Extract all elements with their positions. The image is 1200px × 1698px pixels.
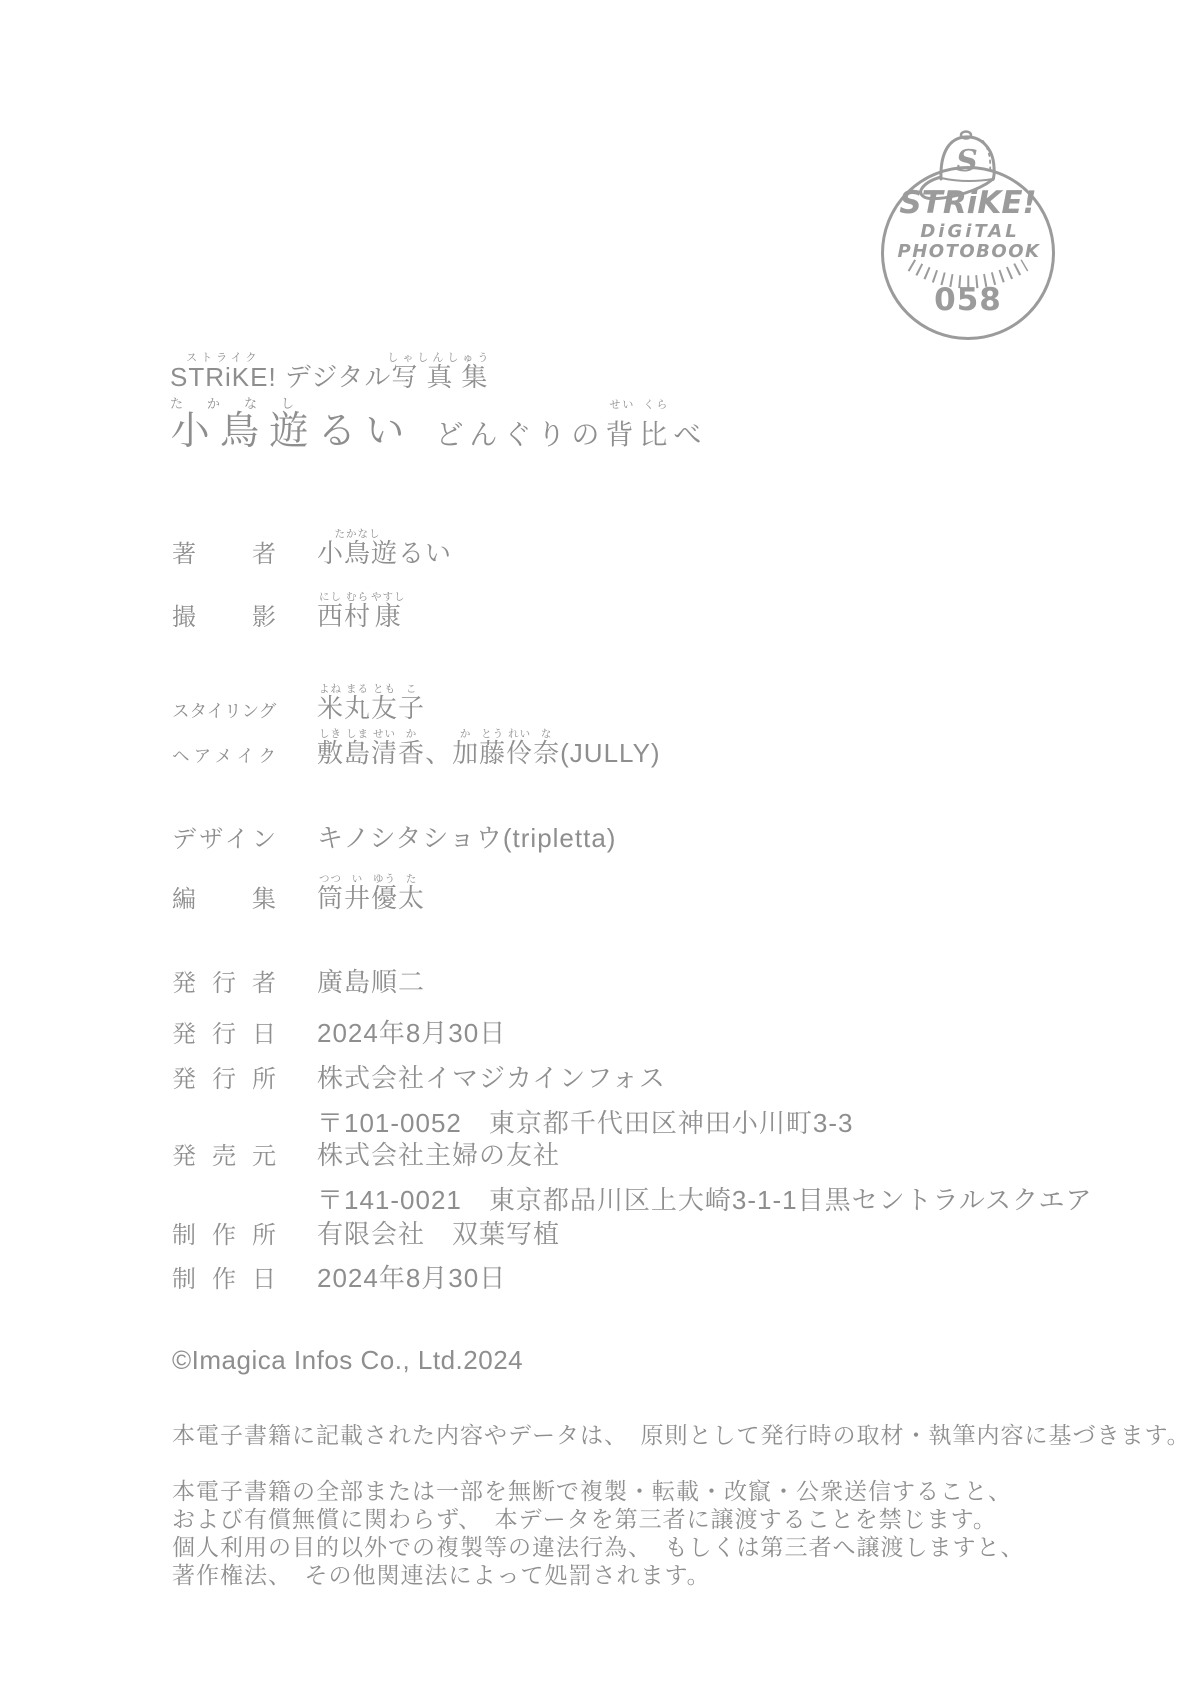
credit-row-puboffice: 発行所株式会社イマジカインフォス〒101-0052 東京都千代田区神田小川町3-…	[172, 1058, 853, 1140]
credit-value: 小鳥遊たかなしるい	[317, 528, 452, 570]
credit-value: 筒つつ井い優ゆう太た	[317, 873, 425, 915]
logo-number: 058	[934, 282, 1002, 318]
credit-row-publisher: 発行者廣島順二	[172, 962, 425, 999]
legal-paragraph-1: 本電子書籍に記載された内容やデータは、 原則として発行時の取材・執筆内容に基づき…	[172, 1421, 1191, 1449]
credit-value: 西にし村むら康やすし	[317, 591, 406, 633]
legal-line: 個人利用の目的以外での複製等の違法行為、 もしくは第三者へ譲渡しますと、	[172, 1533, 1025, 1561]
credit-label: スタイリング	[172, 698, 276, 723]
credit-label: 制作所	[172, 1215, 276, 1250]
credit-row-hairmake: ヘアメイク敷しき島しま清せい香か、加か藤とう伶れい奈な(JULLY)	[172, 728, 661, 770]
series-title: STRiKE!ストライク デジタル写真集しゃしんしゅう	[170, 352, 492, 392]
credit-label: 発行所	[172, 1059, 276, 1094]
logo-line3: PHOTOBOOK	[898, 241, 1041, 262]
credit-value: 株式会社主婦の友社〒141-0021 東京都品川区上大崎3-1-1目黒セントラル…	[317, 1135, 1093, 1217]
credit-value: 2024年8月30日	[317, 1258, 506, 1295]
credit-row-photo: 撮影西にし村むら康やすし	[172, 591, 406, 633]
credit-row-design: デザインキノシタショウ(tripletta)	[172, 818, 616, 855]
credit-value: 敷しき島しま清せい香か、加か藤とう伶れい奈な(JULLY)	[317, 728, 661, 770]
legal-paragraph-2: 本電子書籍の全部または一部を無断で複製・転載・改竄・公衆送信すること、および有償…	[172, 1477, 1025, 1589]
credit-label: ヘアメイク	[172, 743, 276, 768]
credit-label: 発行日	[172, 1014, 276, 1049]
legal-line: 著作権法、 その他関連法によって処罰されます。	[172, 1561, 1025, 1589]
credit-value: 有限会社 双葉写植	[317, 1214, 560, 1251]
cap-monogram: S	[956, 144, 978, 179]
legal-line: 本電子書籍に記載された内容やデータは、 原則として発行時の取材・執筆内容に基づき…	[172, 1421, 1191, 1449]
credit-value: 米よね丸まる友とも子こ	[317, 683, 425, 725]
credit-row-styling: スタイリング米よね丸まる友とも子こ	[172, 683, 425, 725]
credit-value: 廣島順二	[317, 962, 425, 999]
credit-row-production: 制作所有限会社 双葉写植	[172, 1214, 560, 1251]
credit-row-seller: 発売元株式会社主婦の友社〒141-0021 東京都品川区上大崎3-1-1目黒セン…	[172, 1135, 1093, 1217]
logo-line2: DiGiTAL	[920, 221, 1019, 242]
book-title-name: 小鳥遊たかなしるい	[170, 410, 413, 453]
credit-row-author: 著者小鳥遊たかなしるい	[172, 528, 452, 570]
credit-value: 2024年8月30日	[317, 1013, 506, 1050]
credit-label: 発売元	[172, 1136, 276, 1171]
credit-row-pubdate: 発行日2024年8月30日	[172, 1013, 506, 1050]
credit-label: 編集	[172, 879, 276, 914]
cap-button-icon	[961, 132, 971, 139]
legal-line: 本電子書籍の全部または一部を無断で複製・転載・改竄・公衆送信すること、	[172, 1477, 1025, 1505]
logo-title: STRiKE!	[899, 185, 1036, 221]
strike-photobook-logo: S STRiKE! DiGiTAL PHOTOBOOK 058	[878, 126, 1058, 342]
credit-label: デザイン	[172, 819, 276, 854]
credit-row-edit: 編集筒つつ井い優ゆう太た	[172, 873, 425, 915]
credit-row-proddate: 制作日2024年8月30日	[172, 1258, 506, 1295]
credit-label: 撮影	[172, 597, 276, 632]
credit-value-address: 〒141-0021 東京都品川区上大崎3-1-1目黒セントラルスクエア	[317, 1180, 1093, 1217]
legal-line: および有償無償に関わらず、 本データを第三者に譲渡することを禁じます。	[172, 1505, 1025, 1533]
book-title-subtitle: どんぐりの背せい比くらべ	[435, 420, 707, 451]
credit-label: 発行者	[172, 963, 276, 998]
copyright-line: ©Imagica Infos Co., Ltd.2024	[172, 1345, 523, 1376]
credit-label: 制作日	[172, 1259, 276, 1294]
credit-value: 株式会社イマジカインフォス〒101-0052 東京都千代田区神田小川町3-3	[317, 1058, 853, 1140]
book-title: 小鳥遊たかなしるいどんぐりの背せい比くらべ	[170, 396, 707, 454]
credit-value: キノシタショウ(tripletta)	[317, 818, 616, 855]
credit-label: 著者	[172, 534, 276, 569]
baseball-seam-stitches-icon	[911, 265, 1025, 282]
